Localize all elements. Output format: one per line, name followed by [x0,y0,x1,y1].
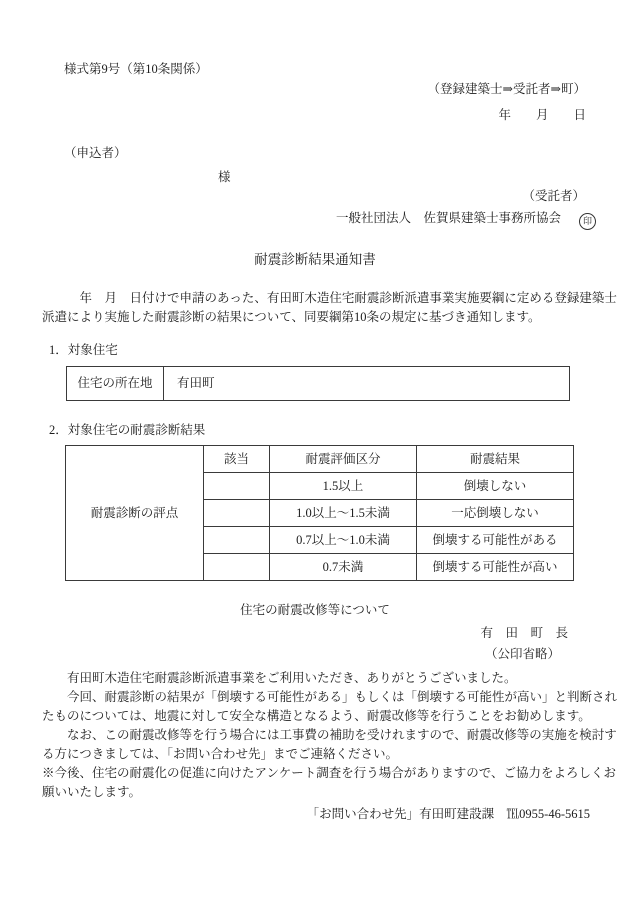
notice-paragraph-recommendation: 今回、耐震診断の結果が「倒壊する可能性がある」もしくは「倒壊する可能性が高い」と… [42,688,620,726]
routing-note: （登録建築士⇒受託者⇒町） [0,80,630,99]
col-header-applicable: 該当 [204,446,270,473]
category-cell: 0.7未満 [270,554,417,581]
col-header-category: 耐震評価区分 [270,446,417,473]
contact-line: 「お問い合わせ先」有田町建設課 ℡0955-46-5615 [0,805,630,824]
table-row: 住宅の所在地 有田町 [67,367,570,401]
trustee-label: （受託者） [0,187,630,206]
section2-heading: 2．対象住宅の耐震診断結果 [49,421,630,440]
applicant-label: （申込者） [64,144,630,163]
category-cell: 1.5以上 [270,473,417,500]
applicable-cell [204,500,270,527]
form-number: 様式第9号（第10条関係） [64,60,630,79]
trustee-line: 一般社団法人 佐賀県建築士事務所協会印 [0,209,630,230]
location-value-cell: 有田町 [164,367,570,401]
notice-paragraph-survey: ※今後、住宅の耐震化の促進に向けたアンケート調査を行う場合がありますので、ご協力… [42,764,620,802]
section1-heading: 1．対象住宅 [49,341,630,360]
col-header-result: 耐震結果 [417,446,574,473]
notice-heading: 住宅の耐震改修等について [0,601,630,620]
table-header-row: 耐震診断の評点 該当 耐震評価区分 耐震結果 [66,446,574,473]
target-house-table: 住宅の所在地 有田町 [66,366,570,401]
location-label-cell: 住宅の所在地 [67,367,164,401]
intro-paragraph: 年 月 日付けで申請のあった、有田町木造住宅耐震診断派遣事業実施要綱に定める登録… [42,289,620,327]
applicable-cell [204,473,270,500]
result-cell: 一応倒壊しない [417,500,574,527]
category-cell: 0.7以上～1.0未満 [270,527,417,554]
addressee-honorific: 様 [218,168,630,187]
trustee-name: 一般社団法人 佐賀県建築士事務所協会 [336,211,561,225]
applicable-cell [204,554,270,581]
document-title: 耐震診断結果通知書 [0,250,630,269]
result-cell: 倒壊しない [417,473,574,500]
mayor-signature: 有 田 町 長 [0,624,630,643]
result-cell: 倒壊する可能性が高い [417,554,574,581]
notice-paragraph-thanks: 有田町木造住宅耐震診断派遣事業をご利用いただき、ありがとうございました。 [42,669,620,688]
date-line: 年 月 日 [0,106,630,125]
document-page: 様式第9号（第10条関係） （登録建築士⇒受託者⇒町） 年 月 日 （申込者） … [0,0,630,903]
applicable-cell [204,527,270,554]
notice-paragraph-subsidy: なお、この耐震改修等を行う場合には工事費の補助を受けれますので、耐震改修等の実施… [42,726,620,764]
category-cell: 1.0以上～1.5未満 [270,500,417,527]
score-label-cell: 耐震診断の評点 [66,446,204,581]
official-seal-note: （公印省略） [0,645,630,664]
result-cell: 倒壊する可能性がある [417,527,574,554]
diagnosis-result-table: 耐震診断の評点 該当 耐震評価区分 耐震結果 1.5以上 倒壊しない 1.0以上… [65,445,574,581]
seal-icon: 印 [579,213,596,230]
